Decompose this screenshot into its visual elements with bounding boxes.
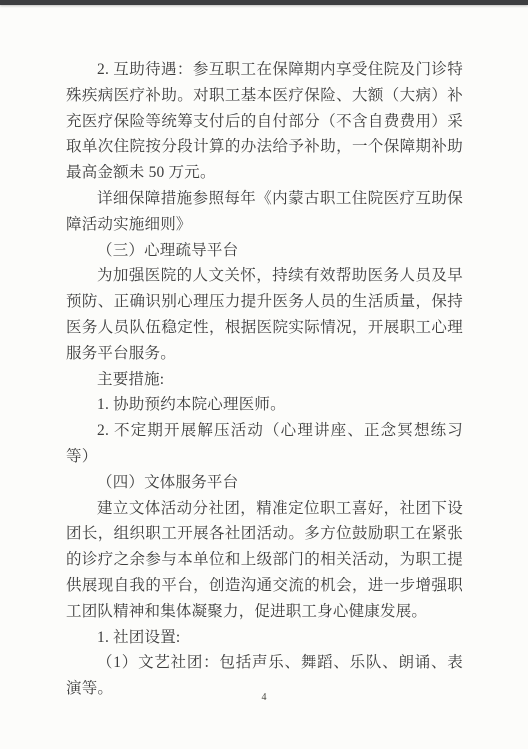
paragraph-detailed-measures-reference: 详细保障措施参照每年《内蒙古职工住院医疗互助保障活动实施细则》 bbox=[66, 186, 463, 238]
list-item-measure-2: 2. 不定期开展解压活动（心理讲座、正念冥想练习等） bbox=[66, 418, 463, 470]
paragraph-psychological-platform-intro: 为加强医院的人文关怀，持续有效帮助医务人员及早预防、正确识别心理压力提升医务人员… bbox=[66, 263, 463, 366]
label-main-measures: 主要措施: bbox=[66, 367, 463, 393]
heading-section-4-culture-sports-platform: （四）文体服务平台 bbox=[66, 470, 463, 496]
paragraph-mutual-aid-benefits: 2. 互助待遇：参互职工在保障期内享受住院及门诊特殊疾病医疗补助。对职工基本医疗… bbox=[66, 57, 463, 186]
page-number: 4 bbox=[0, 691, 528, 705]
document-body: 2. 互助待遇：参互职工在保障期内享受住院及门诊特殊疾病医疗补助。对职工基本医疗… bbox=[66, 57, 463, 702]
paragraph-culture-sports-intro: 建立文体活动分社团，精准定位职工喜好，社团下设团长，组织职工开展各社团活动。多方… bbox=[66, 496, 463, 625]
list-item-measure-1: 1. 协助预约本院心理医师。 bbox=[66, 392, 463, 418]
heading-section-3-psychological-platform: （三）心理疏导平台 bbox=[66, 238, 463, 264]
scan-edge-top bbox=[0, 0, 528, 5]
label-club-setup: 1. 社团设置: bbox=[66, 625, 463, 651]
document-page: 2. 互助待遇：参互职工在保障期内享受住院及门诊特殊疾病医疗补助。对职工基本医疗… bbox=[0, 0, 528, 749]
